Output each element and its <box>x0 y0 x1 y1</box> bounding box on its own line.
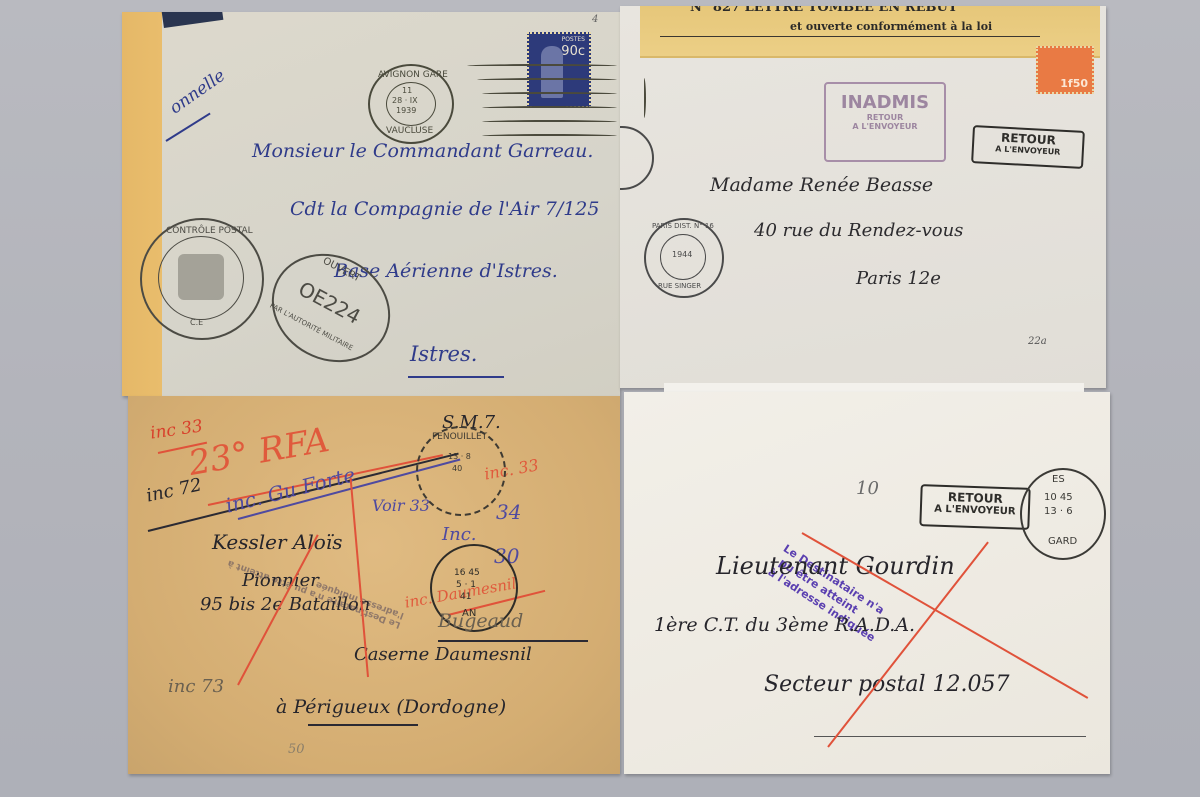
address-line-4: Caserne Daumesnil <box>354 644 532 665</box>
address-line-3: Paris 12e <box>856 268 941 289</box>
pencil-note-inc73: inc 73 <box>168 676 224 697</box>
cancel-wave-line <box>482 120 617 124</box>
address-line-1: Kessler Aloïs <box>212 530 342 554</box>
blue-note-34: 34 <box>496 500 521 524</box>
cancel-wave-line <box>467 64 617 68</box>
address-line-1: Monsieur le Commandant Garreau. <box>252 140 593 162</box>
red-note-inc33: inc 33 <box>149 416 204 443</box>
address-line-2: 40 rue du Rendez-vous <box>754 220 963 241</box>
rebut-label-strip: N° 827 LETTRE TOMBÉE EN REBUT et ouverte… <box>640 6 1100 58</box>
censor-stamp-controle-postal: CONTRÔLE POSTAL C.E <box>140 218 264 340</box>
black-note-inc72: inc 72 <box>144 474 203 506</box>
postage-stamp-1f50: 1f50 <box>1036 46 1094 94</box>
sower-figure-icon <box>541 46 563 98</box>
rebut-label-line-1: N° 827 LETTRE TOMBÉE EN REBUT <box>690 6 958 15</box>
censor-stamp-ouvert-oval: OUVERT OE224 PAR L'AUTORITÉ MILITAIRE <box>253 233 410 382</box>
margin-underline <box>165 113 210 142</box>
partial-postmark <box>620 126 654 190</box>
pencil-note-10: 10 <box>856 478 879 499</box>
cancel-wave-line <box>642 78 646 118</box>
address-line-1: Madame Renée Beasse <box>710 174 933 196</box>
envelope-kessler-perigueux: inc 33 23° RFA S.M.7. inc 72 inc. Gu For… <box>128 396 620 774</box>
struck-word-line <box>438 640 588 642</box>
postmark-avignon: AVIGNON GARE 11 28 · IX 1939 VAUCLUSE <box>368 64 454 144</box>
address-line-3: Secteur postal 12.057 <box>764 672 1010 697</box>
address-line-4: Istres. <box>410 342 477 366</box>
stamp-value: 90c <box>561 44 585 59</box>
envelope-paris-1944: N° 827 LETTRE TOMBÉE EN REBUT et ouverte… <box>620 6 1106 388</box>
margin-note: onnelle <box>166 66 229 119</box>
address-line-1: Lieutenant Gourdin <box>716 552 955 580</box>
corner-note: 22a <box>1028 336 1047 347</box>
address-underline <box>814 736 1086 737</box>
struck-word: Bugeaud <box>438 610 523 632</box>
blue-note-inc-2: Inc. <box>442 524 477 545</box>
stamp-label: POSTES <box>562 36 585 43</box>
cancel-wave-line <box>482 106 617 110</box>
address-line-2: Pionnier <box>242 570 319 591</box>
address-line-2: 1ère C.T. du 3ème R.A.D.A. <box>654 614 915 636</box>
address-underline <box>308 724 418 726</box>
cancel-wave-line <box>482 92 617 96</box>
address-underline <box>408 376 504 378</box>
envelope-avignon-1939: onnelle 4 POSTES 90c AVIGNON GARE 11 28 … <box>122 12 620 396</box>
censor-tape-strip <box>122 12 162 396</box>
postmark-paris-rue-singer: PARIS DIST. N° 16 1944 RUE SINGER <box>644 218 724 298</box>
postage-stamp-90c: POSTES 90c <box>527 32 591 108</box>
cancel-wave-line <box>477 78 617 82</box>
stamp-retour-envoyeur: RETOUR A L'ENVOYEUR <box>919 484 1030 530</box>
address-line-5: à Périgueux (Dordogne) <box>276 696 506 718</box>
address-line-2: Cdt la Compagnie de l'Air 7/125 <box>290 198 599 220</box>
pencil-note-bottom: 50 <box>288 742 305 757</box>
corner-number: 4 <box>592 14 598 25</box>
envelope-lieutenant-gourdin: 10 RETOUR A L'ENVOYEUR ES 10 45 13 · 6 G… <box>624 392 1110 774</box>
stamp-retour-envoyeur: RETOUR A L'ENVOYEUR <box>971 125 1085 169</box>
stamp-inadmis: INADMIS RETOUR A L'ENVOYEUR <box>824 82 946 162</box>
blue-note-voir: Voir 33 <box>372 496 430 515</box>
postmark-gard: ES 10 45 13 · 6 GARD <box>1020 468 1106 560</box>
postmark-fenouillet: FENOUILLET 13 · 8 40 <box>416 426 506 516</box>
dark-flap-corner <box>161 12 224 28</box>
rebut-label-line-2: et ouverte conformément à la loi <box>790 20 992 33</box>
cancel-wave-line <box>482 134 617 138</box>
coat-of-arms-icon <box>178 254 224 300</box>
